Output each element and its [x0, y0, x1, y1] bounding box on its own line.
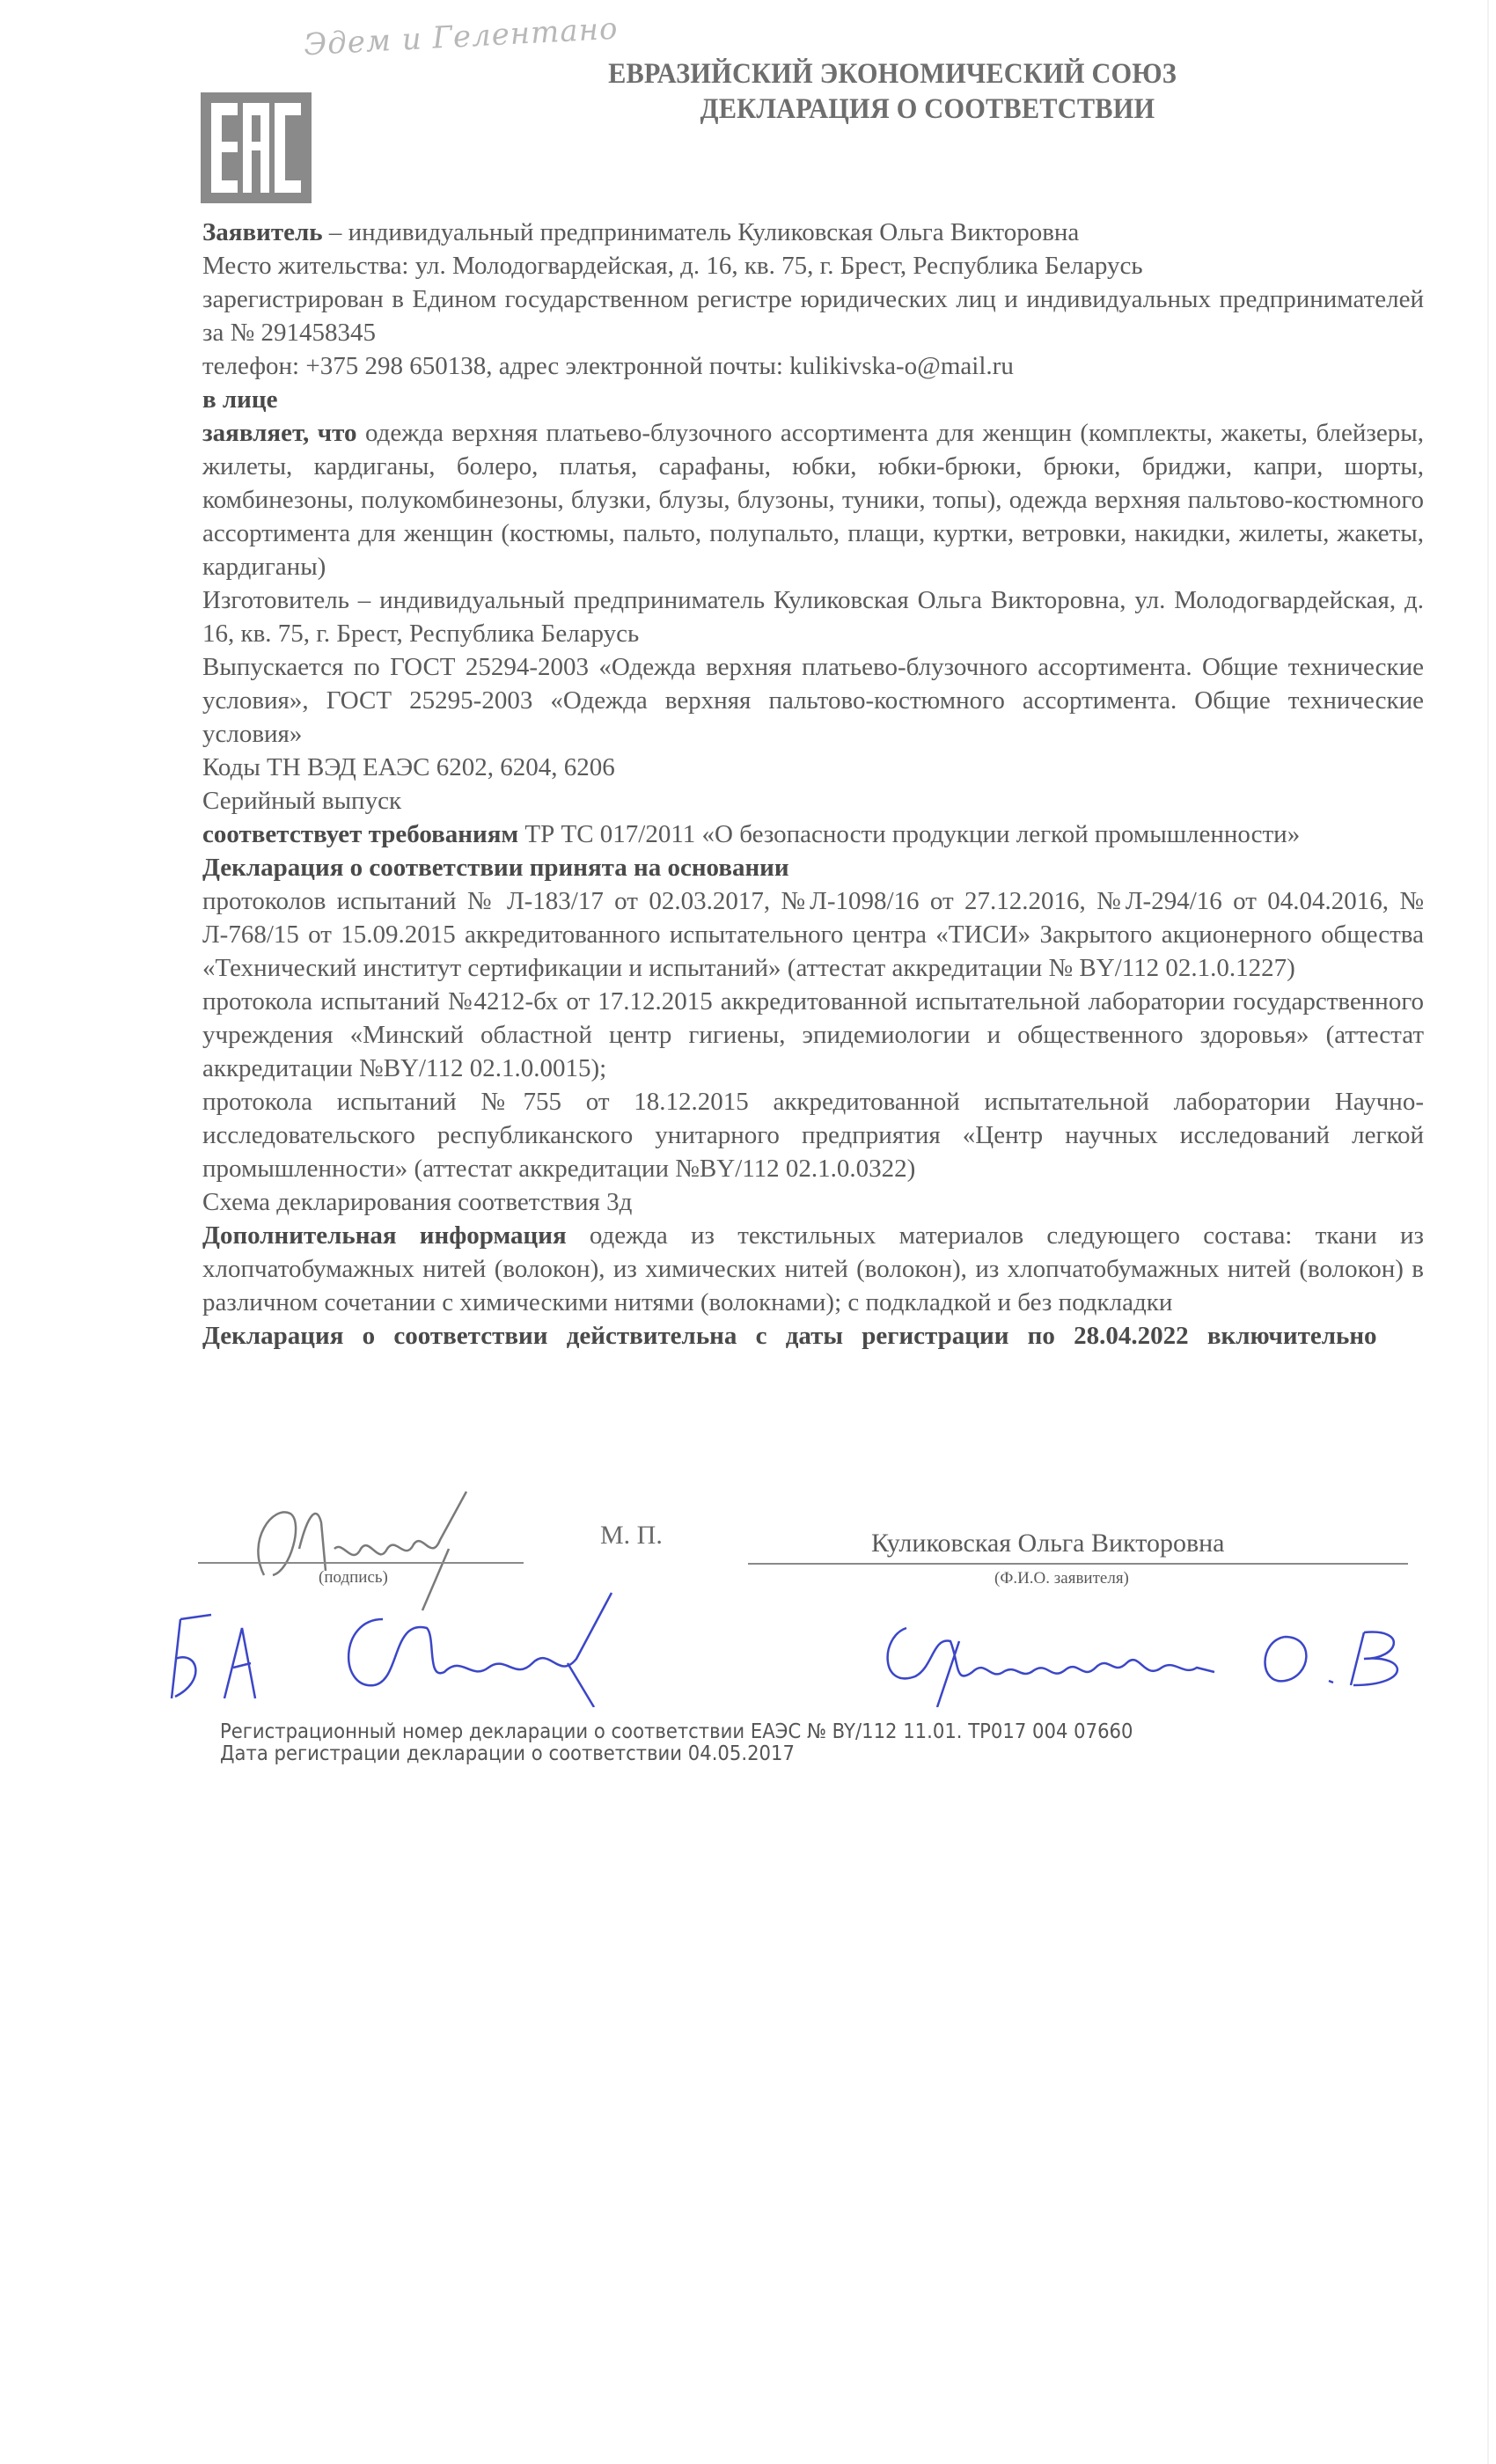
header-union-title: ЕВРАЗИЙСКИЙ ЭКОНОМИЧЕСКИЙ СОЮЗ [528, 58, 1257, 91]
registration-date: Дата регистрации декларации о соответств… [220, 1742, 795, 1765]
manufacturer-paragraph: Изготовитель – индивидуальный предприним… [202, 583, 1424, 650]
applicant-line: Заявитель – индивидуальный предпринимате… [202, 216, 1424, 249]
stamp-place-label: М. П. [600, 1521, 663, 1551]
applicant-full-name: Куликовская Ольга Викторовна [871, 1529, 1224, 1558]
additional-info-paragraph: Дополнительная информация одежда из текс… [202, 1219, 1424, 1319]
handwritten-note: Эдем и Гелентано [303, 11, 619, 63]
basis-item-2: протокола испытаний №4212-бх от 17.12.20… [202, 985, 1424, 1085]
validity-paragraph: Декларация о соответствии действительна … [202, 1319, 1424, 1353]
residence-line: Место жительства: ул. Молодогвардейская,… [202, 249, 1424, 282]
registration-line: зарегистрирован в Едином государственном… [202, 282, 1424, 349]
signature-line [198, 1562, 524, 1564]
basis-item-1: протоколов испытаний № Л-183/17 от 02.03… [202, 884, 1424, 985]
header-declaration-title: ДЕКЛАРАЦИЯ О СООТВЕТСТВИИ [563, 93, 1292, 126]
standards-paragraph: Выпускается по ГОСТ 25294-2003 «Одежда в… [202, 650, 1424, 751]
basis-title: Декларация о соответствии принята на осн… [202, 854, 789, 882]
name-caption: (Ф.И.О. заявителя) [994, 1569, 1129, 1588]
in-person-label: в лице [202, 385, 277, 414]
codes-line: Коды ТН ВЭД ЕАЭС 6202, 6204, 6206 [202, 751, 1424, 784]
registration-number: Регистрационный номер декларации о соотв… [220, 1720, 1133, 1743]
declaration-page: Эдем и Гелентано ЕВРАЗИЙСКИЙ ЭКОНОМИЧЕСК… [0, 0, 1496, 2464]
name-line [748, 1563, 1408, 1565]
declares-paragraph: заявляет, что одежда верхняя платьево-бл… [202, 416, 1424, 583]
blue-signature-icon [163, 1584, 656, 1707]
applicant-label: Заявитель [202, 218, 323, 246]
scheme-line: Схема декларирования соответствия 3д [202, 1185, 1424, 1219]
basis-item-3: протокола испытаний №755 от 18.12.2015 а… [202, 1085, 1424, 1185]
declaration-body: Заявитель – индивидуальный предпринимате… [202, 216, 1424, 1353]
production-line: Серийный выпуск [202, 784, 1424, 818]
scan-edge [1487, 0, 1489, 2464]
blue-name-handwriting-icon [871, 1593, 1470, 1707]
compliance-paragraph: соответствует требованиям ТР ТС 017/2011… [202, 818, 1424, 851]
contacts-line: телефон: +375 298 650138, адрес электрон… [202, 349, 1424, 383]
eac-logo-icon [201, 92, 312, 203]
